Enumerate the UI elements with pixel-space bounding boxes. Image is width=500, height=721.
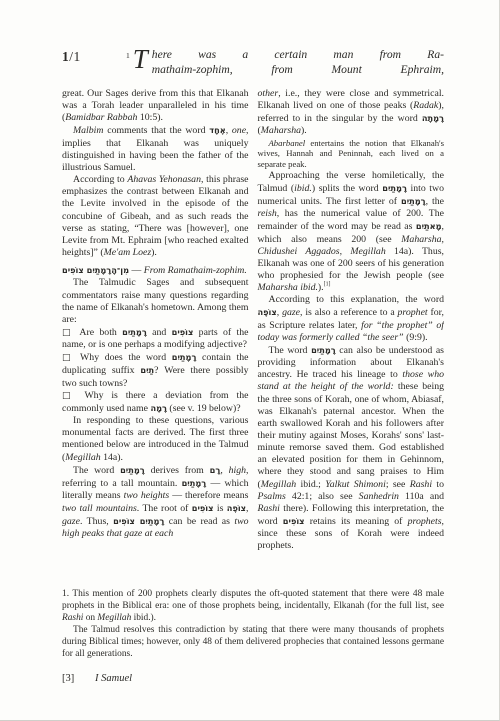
book-page: 1/1 1 T here was a certain man from Ra- …: [0, 0, 500, 721]
text-segment: □: [62, 391, 84, 401]
text-segment: on: [83, 613, 97, 623]
text-segment: □: [62, 353, 80, 363]
paragraph: The word רָמָתַיִם can also be understoo…: [258, 344, 445, 553]
hebrew-text: צוֹפִים: [283, 516, 305, 526]
text-segment: ibid.: [294, 183, 312, 194]
hebrew-text: צוֹפִים: [172, 327, 194, 337]
text-segment: prophets: [408, 516, 442, 527]
hebrew-text: רָמָתַיִם: [182, 478, 207, 488]
text-segment: The Talmudic Sages and subsequent commen…: [62, 277, 249, 324]
paragraph: Approaching the verse homiletically, the…: [258, 170, 445, 295]
text-segment: Megillah: [97, 613, 131, 623]
text-segment: comments that the word: [103, 125, 209, 136]
text-segment: Rashi: [410, 479, 432, 490]
hebrew-text: רָמָתַיִם: [172, 352, 197, 362]
text-segment: ).: [151, 247, 157, 258]
text-segment: — therefore means: [169, 490, 248, 501]
text-segment: reish: [258, 208, 277, 219]
text-segment: Bamidbar Rabbah: [65, 112, 137, 123]
text-segment: Rashi: [62, 613, 83, 623]
hebrew-text: רָמָתַיִם: [120, 465, 145, 475]
text-segment: Why does the word: [80, 352, 172, 363]
text-segment: Radak: [413, 100, 438, 111]
paragraph: In responding to these questions, variou…: [62, 415, 249, 464]
verse-footnote-marker: 1: [126, 48, 130, 63]
hebrew-text: צוֹפֶה: [258, 307, 277, 317]
text-segment: ,: [246, 503, 248, 514]
text-segment: ibid.).: [131, 613, 156, 623]
verse-line: here was a certain man from Ra-: [126, 47, 444, 62]
text-segment: Are both: [79, 327, 122, 338]
text-segment: ; see: [386, 479, 410, 490]
text-segment: and: [147, 327, 172, 338]
text-segment: ).: [301, 125, 307, 136]
text-segment: . Thus,: [80, 516, 113, 527]
hebrew-text: רָמָתַיִם צוֹפִים: [113, 516, 164, 526]
text-segment: one: [232, 125, 246, 136]
text-segment: According to this explanation, the word: [269, 294, 445, 305]
hebrew-text: מִן־הָרָמָתַיִם צוֹפִים: [62, 265, 129, 275]
text-segment: gaze: [282, 307, 300, 318]
hebrew-text: צוֹפִים: [192, 503, 214, 513]
text-segment: Abarbanel: [269, 138, 306, 148]
text-segment: Me'am Loez: [104, 247, 152, 258]
text-segment: 42:1; also see: [286, 491, 359, 502]
text-segment: Sanhedrin: [359, 491, 399, 502]
paragraph: great. Our Sages derive from this that E…: [62, 88, 249, 124]
text-segment: Rashi: [258, 503, 280, 514]
hebrew-text: אֶחָד: [209, 125, 225, 135]
text-segment: . The root of: [137, 503, 192, 514]
paragraph: The Talmudic Sages and subsequent commen…: [62, 277, 249, 326]
text-segment: 10:5).: [137, 112, 163, 123]
paragraph: The word רָמָתַיִם derives from רָם, hig…: [62, 464, 249, 541]
hebrew-text: רָמָתַיִם: [311, 345, 336, 355]
text-segment: From Ramathaim-zophim.: [144, 265, 247, 276]
verse-line: mathaim-zophim, from Mount Ephraim,: [126, 62, 444, 77]
text-segment: Maharsha ibid.: [258, 282, 318, 293]
paragraph: 1. This mention of 200 prophets clearly …: [62, 589, 444, 625]
text-segment: Maharsha: [261, 125, 301, 136]
hebrew-text: מָאתַיִם: [416, 221, 442, 231]
text-segment: 1. This mention of 200 prophets clearly …: [62, 589, 444, 611]
text-segment: Yalkut Shimoni: [325, 479, 386, 490]
text-segment: The word: [73, 465, 120, 476]
paragraph: Abarbanel entertains the notion that Elk…: [258, 138, 445, 170]
text-segment: ibid.;: [296, 479, 325, 490]
verse-number: /1: [69, 49, 81, 64]
text-segment: According to: [73, 174, 127, 185]
text-segment: two tall mountains: [62, 503, 137, 514]
text-segment: —: [129, 265, 144, 276]
text-segment: ) splits the word: [312, 183, 382, 194]
hebrew-text: רָמָתַיִם: [382, 183, 407, 193]
paragraph: The Talmud resolves this contradiction b…: [62, 625, 444, 661]
text-segment: retains its meaning of: [305, 516, 408, 527]
verse-translation: 1 T here was a certain man from Ra- math…: [126, 44, 444, 77]
text-segment: other: [258, 88, 279, 99]
text-segment: Megillah: [65, 452, 100, 463]
paragraph: □ Why does the word רָמָתַיִם contain th…: [62, 351, 249, 389]
text-segment: 110a and: [399, 491, 444, 502]
text-segment: , the: [426, 196, 444, 207]
chapter-verse-ref: 1/1: [62, 44, 126, 77]
text-segment: 14a).: [101, 452, 123, 463]
paragraph: According to this explanation, the word …: [258, 294, 445, 344]
hebrew-text: צוֹפֶה: [227, 503, 246, 513]
text-segment: ,: [220, 465, 228, 476]
text-segment: Ahavas Yehonasan: [127, 174, 201, 185]
footnote-reference: [1]: [324, 282, 331, 288]
paragraph: □ Why is there a deviation from the comm…: [62, 390, 249, 415]
paragraph: other, i.e., they were close and symmetr…: [258, 88, 445, 138]
text-segment: Psalms: [258, 491, 286, 502]
text-segment: , this phrase emphasizes the contrast be…: [62, 174, 249, 258]
text-segment: The Talmud resolves this contradiction b…: [62, 625, 444, 659]
paragraph: Malbim comments that the word אֶחָד, one…: [62, 124, 249, 174]
paragraph: According to Ahavas Yehonasan, this phra…: [62, 174, 249, 259]
hebrew-text: רָמָתָה: [422, 113, 444, 123]
hebrew-text: רָם: [210, 465, 221, 475]
text-segment: prophet: [398, 307, 428, 318]
text-segment: (see v. 19 below)?: [167, 403, 241, 414]
text-segment: The word: [269, 345, 312, 356]
drop-cap: T: [133, 47, 148, 72]
left-column: great. Our Sages derive from this that E…: [62, 88, 249, 580]
hebrew-text: תַיִם: [140, 365, 154, 375]
text-segment: gaze: [62, 516, 80, 527]
text-segment: high: [229, 465, 246, 476]
hebrew-text: רָמָתַיִם: [122, 327, 147, 337]
text-segment: Malbim: [73, 125, 103, 136]
hebrew-text: רָמָתַיִם: [401, 196, 426, 206]
paragraph: □ Are both רָמָתַיִם and צוֹפִים parts o…: [62, 326, 249, 351]
text-segment: derives from: [145, 465, 210, 476]
hebrew-text: רָמָה: [150, 403, 167, 413]
verse-header: 1/1 1 T here was a certain man from Ra- …: [62, 44, 444, 77]
text-segment: (9:9).: [404, 332, 428, 343]
text-segment: Megillah: [261, 479, 296, 490]
text-segment: two heights: [124, 490, 170, 501]
text-segment: , is also a reference to a: [300, 307, 398, 318]
text-segment: to: [432, 479, 444, 490]
footnotes-section: 1. This mention of 200 prophets clearly …: [62, 589, 444, 660]
text-segment: is: [214, 503, 227, 514]
text-segment: these being the three sons of Korah, one…: [258, 381, 445, 489]
text-segment: □: [62, 328, 79, 338]
book-title: I Samuel: [95, 673, 132, 684]
commentary-columns: great. Our Sages derive from this that E…: [62, 88, 444, 580]
text-segment: can be read as: [164, 516, 234, 527]
paragraph: מִן־הָרָמָתַיִם צוֹפִים — From Ramathaim…: [62, 264, 249, 277]
page-number: [3]: [62, 673, 95, 684]
folio-line: [3] I Samuel: [62, 673, 444, 684]
right-column: other, i.e., they were close and symmetr…: [258, 88, 445, 580]
